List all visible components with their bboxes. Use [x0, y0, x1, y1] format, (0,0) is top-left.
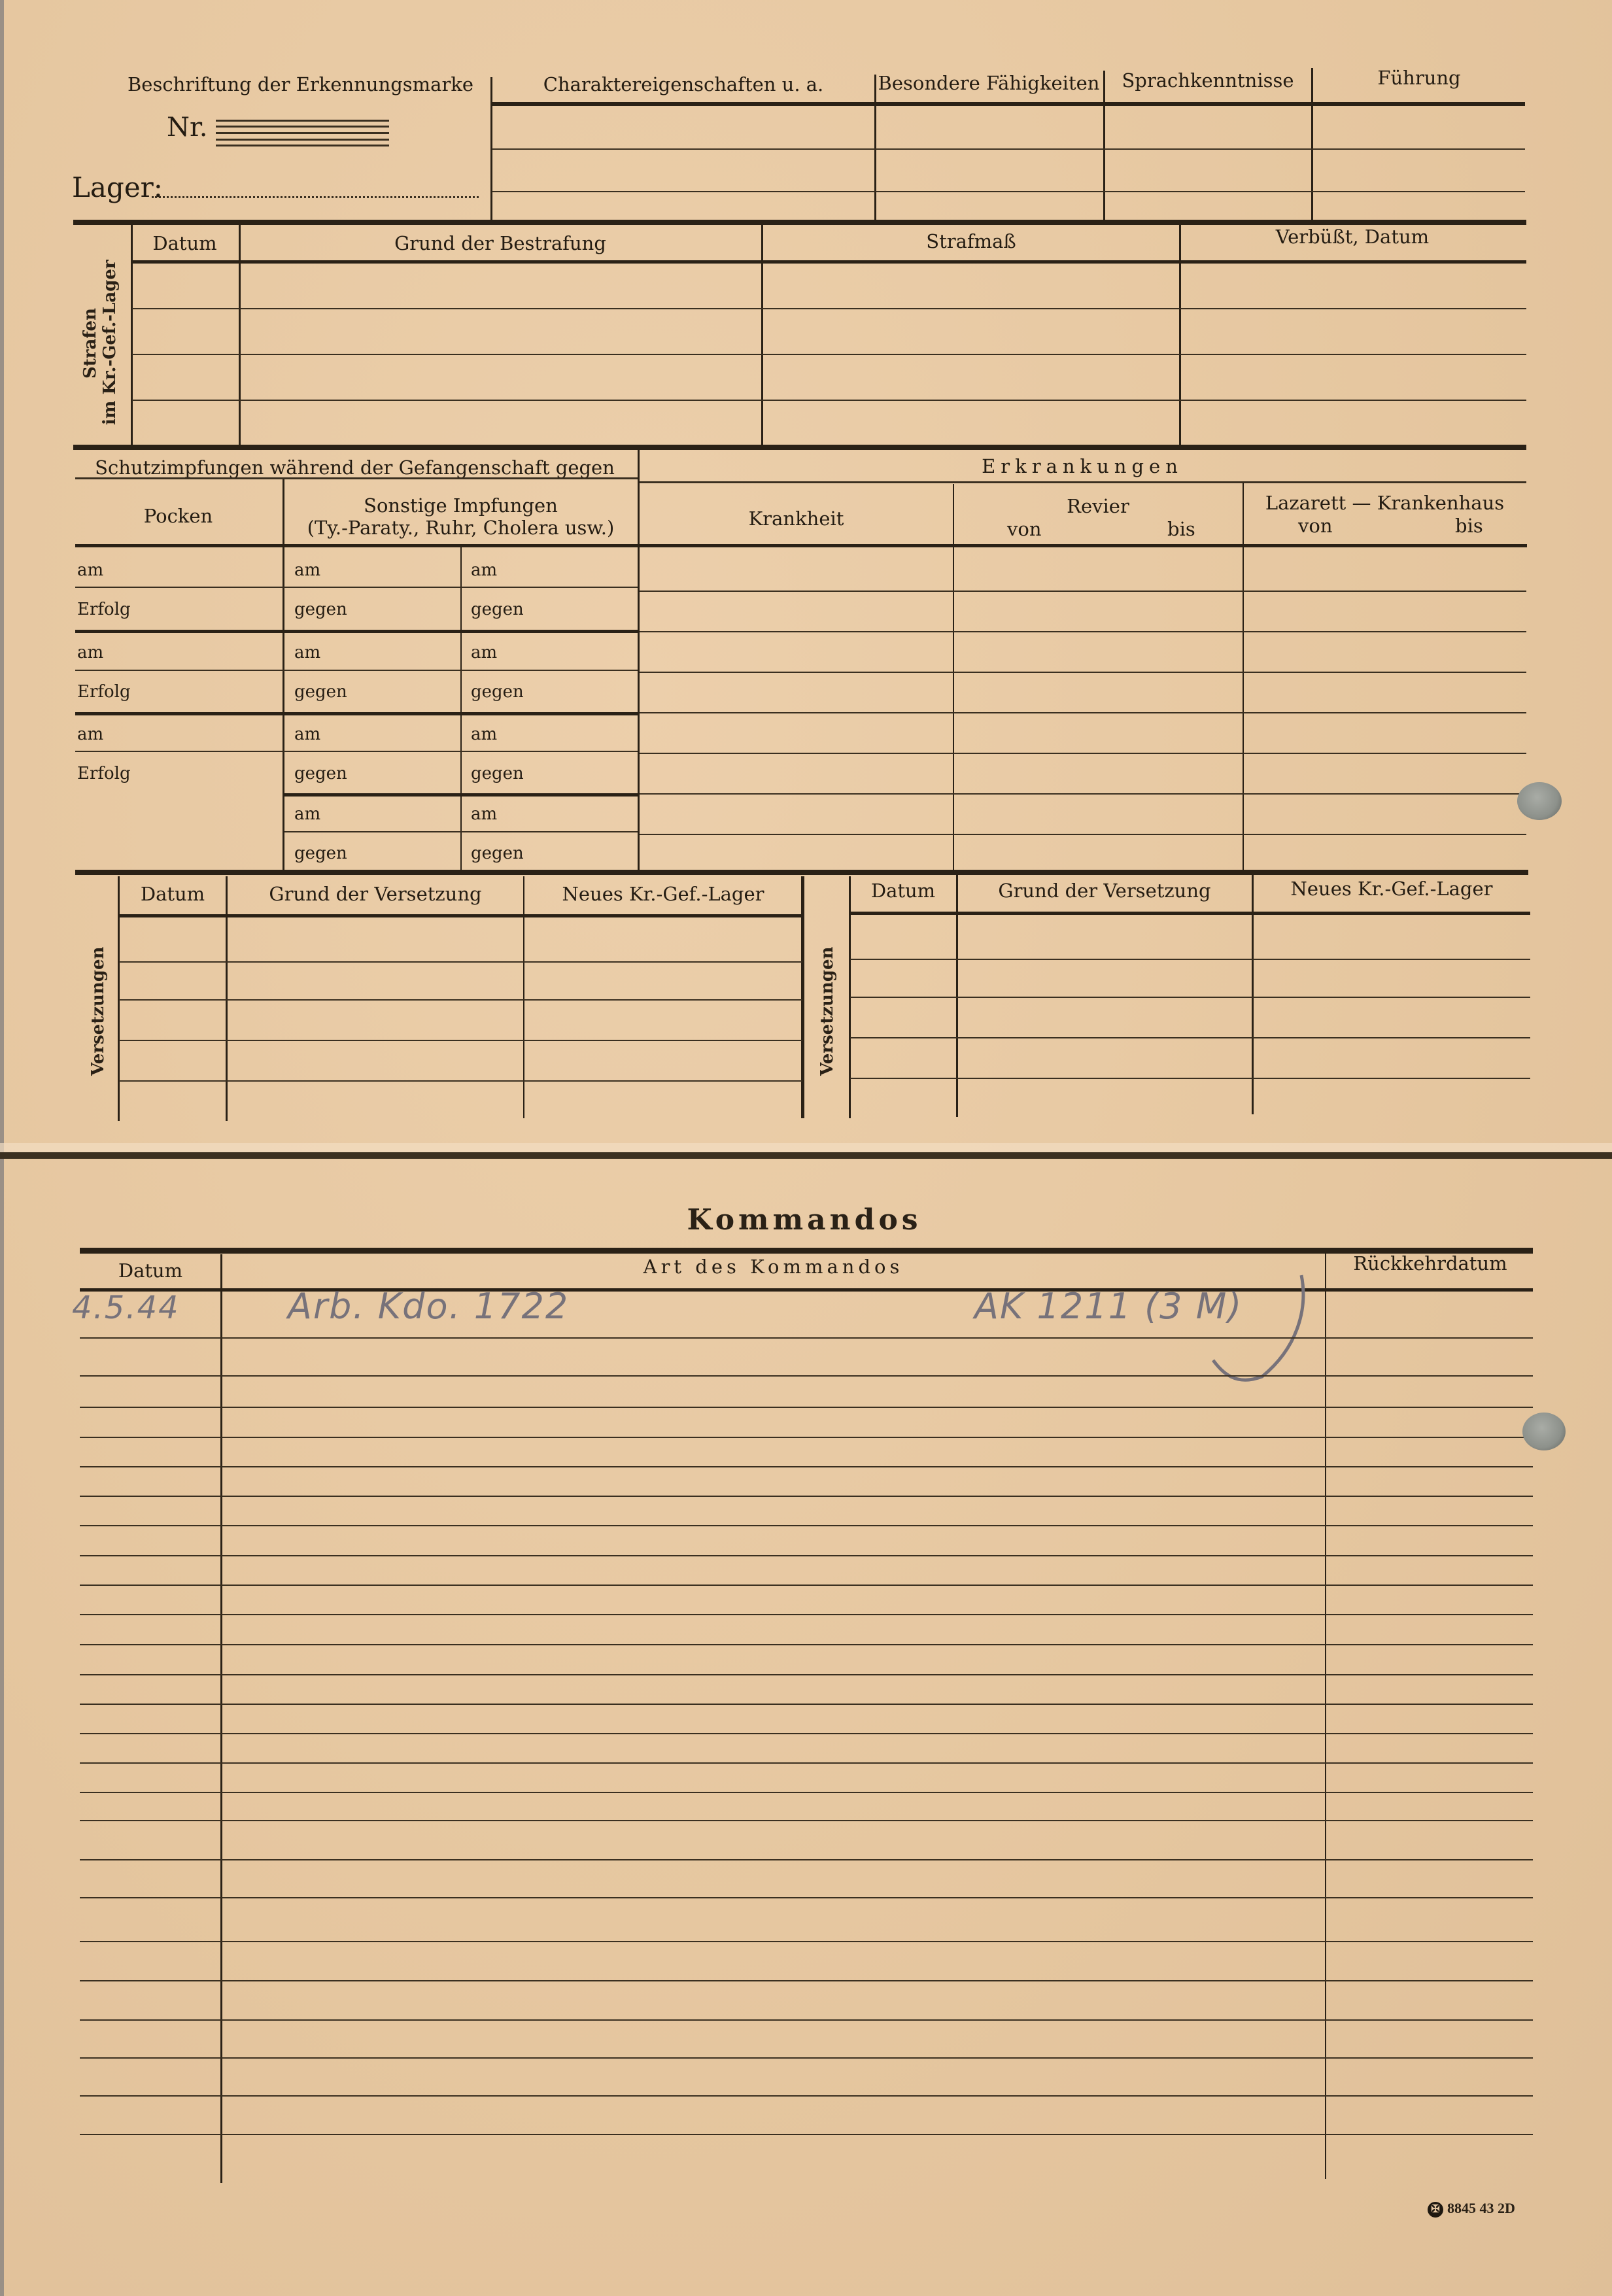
header-charaktereigenschaften: Charaktereigenschaften u. a.: [497, 73, 870, 95]
sonstige-gegen-4b: gegen: [471, 844, 524, 863]
strafen-side-label: Strafen im Kr.-Gef.-Lager: [80, 262, 120, 425]
pocken-erfolg-1: Erfolg: [77, 600, 131, 619]
rule: [73, 445, 1526, 450]
sonstige-am-4b: am: [471, 804, 497, 824]
divider: [1243, 483, 1244, 870]
erkennungsmarke-heading: Beschriftung der Erkennungsmarke: [128, 73, 428, 95]
sonstige-am-1b: am: [471, 560, 497, 580]
rule: [850, 1037, 1530, 1038]
versetzung-grund-header-right: Grund der Versetzung: [959, 880, 1250, 902]
rule: [850, 997, 1530, 998]
header-fuehrung: Führung: [1314, 67, 1524, 89]
fold-line: [0, 1152, 1612, 1159]
rule: [119, 1040, 802, 1041]
rule: [75, 751, 638, 752]
rule: [850, 912, 1530, 915]
rule: [119, 999, 802, 1001]
revier-header: Revier: [955, 495, 1241, 517]
rule: [75, 670, 638, 671]
nr-label: Nr.: [167, 112, 207, 143]
pencil-bracket-mark: [1158, 1269, 1314, 1386]
sonstige-gegen-3b: gegen: [471, 764, 524, 783]
rule: [492, 191, 1525, 192]
rule: [132, 400, 1526, 401]
fold-highlight: [0, 1143, 1612, 1152]
rule: [640, 631, 1526, 632]
versetzungen-side-label-right: Versetzungen: [817, 958, 837, 1076]
divider: [220, 1254, 222, 2183]
rule: [640, 793, 1526, 795]
pocken-am-2: am: [77, 643, 103, 662]
versetzung-datum-header-right: Datum: [851, 880, 955, 902]
sonstige-am-3a: am: [294, 725, 320, 744]
divider: [239, 225, 241, 446]
rule: [75, 587, 638, 588]
divider: [761, 225, 763, 446]
pocken-am-3: am: [77, 725, 103, 744]
sonstige-am-1a: am: [294, 560, 320, 580]
rule: [640, 834, 1526, 835]
kommando-rueckkehr-header: Rückkehrdatum: [1329, 1252, 1532, 1275]
rule: [80, 1248, 1533, 1254]
divider: [131, 225, 133, 446]
sonstige-header-line2: (Ty.-Paraty., Ruhr, Cholera usw.): [286, 517, 636, 539]
versetzungen-side-label-left: Versetzungen: [88, 958, 108, 1076]
header-sprachkenntnisse: Sprachkenntnisse: [1106, 69, 1309, 92]
sonstige-am-2a: am: [294, 643, 320, 662]
sonstige-am-4a: am: [294, 804, 320, 824]
divider: [1311, 68, 1313, 220]
sonstige-am-2b: am: [471, 643, 497, 662]
lager-field[interactable]: [152, 196, 479, 198]
sonstige-gegen-4a: gegen: [294, 844, 347, 863]
rule: [132, 354, 1526, 355]
sonstige-gegen-2b: gegen: [471, 682, 524, 702]
kommando-entry-art[interactable]: Arb. Kdo. 1722: [288, 1286, 569, 1327]
pocken-am-1: am: [77, 560, 103, 580]
pocken-header: Pocken: [75, 505, 281, 527]
sonstige-header-line1: Sonstige Impfungen: [286, 494, 636, 517]
rule: [640, 591, 1526, 592]
divider: [1103, 71, 1105, 220]
sonstige-gegen-1b: gegen: [471, 600, 524, 619]
impfungen-heading: Schutzimpfungen während der Gefangenscha…: [75, 456, 634, 479]
divider: [1179, 222, 1181, 446]
punch-hole-top: [1517, 782, 1562, 820]
rule: [132, 260, 1526, 264]
rule: [640, 753, 1526, 754]
pocken-erfolg-3: Erfolg: [77, 764, 131, 783]
rule: [284, 831, 638, 832]
divider: [283, 479, 284, 872]
revier-von-label: von: [1007, 518, 1042, 540]
punch-hole-bottom: [1522, 1413, 1566, 1450]
kommando-entry-rueckkehr[interactable]: [1328, 1292, 1530, 1331]
versetzung-grund-header-left: Grund der Versetzung: [229, 883, 522, 905]
rule: [75, 712, 638, 715]
divider: [118, 876, 120, 1121]
divider: [874, 75, 876, 220]
sonstige-gegen-1a: gegen: [294, 600, 347, 619]
divider: [523, 876, 524, 1118]
print-code-text: 8845 43 2D: [1447, 2200, 1515, 2216]
sonstige-gegen-3a: gegen: [294, 764, 347, 783]
rule: [119, 1080, 802, 1082]
kommando-art-header: Art des Kommandos: [226, 1256, 1321, 1278]
kommando-datum-header: Datum: [82, 1259, 219, 1282]
versetzung-datum-header-left: Datum: [121, 883, 224, 905]
lazarett-header: Lazarett — Krankenhaus: [1246, 492, 1524, 514]
rule: [850, 1078, 1530, 1079]
print-code: ✠8845 43 2D: [1428, 2200, 1515, 2218]
divider: [638, 450, 640, 872]
header-faehigkeiten: Besondere Fähigkeiten: [878, 72, 1100, 94]
nr-field[interactable]: [216, 120, 389, 147]
kommandos-title: Kommandos: [654, 1203, 955, 1237]
rule: [284, 793, 638, 797]
versetzung-lager-header-right: Neues Kr.-Gef.-Lager: [1254, 878, 1529, 900]
rule: [640, 672, 1526, 673]
strafen-grund-header: Grund der Bestrafung: [242, 232, 759, 254]
kommando-entry-datum[interactable]: 4.5.44: [72, 1290, 180, 1326]
lager-label: Lager:: [72, 171, 163, 203]
divider: [226, 876, 228, 1121]
rule: [492, 148, 1525, 150]
divider: [956, 874, 958, 1117]
rule: [640, 712, 1526, 713]
strafen-strafmass-header: Strafmaß: [765, 230, 1177, 252]
revier-bis-label: bis: [1167, 518, 1195, 540]
divider: [460, 547, 462, 872]
erkrankungen-heading: Erkrankungen: [641, 455, 1524, 477]
sonstige-gegen-2a: gegen: [294, 682, 347, 702]
divider: [1325, 1250, 1326, 2179]
rule: [75, 630, 638, 633]
divider: [802, 876, 804, 1118]
rule: [640, 481, 1526, 483]
pocken-erfolg-2: Erfolg: [77, 682, 131, 702]
rule: [850, 959, 1530, 960]
rule: [73, 220, 1526, 225]
lazarett-bis-label: bis: [1455, 515, 1483, 537]
lazarett-von-label: von: [1298, 515, 1333, 537]
strafen-verbuesst-header: Verbüßt, Datum: [1182, 226, 1522, 248]
versetzung-lager-header-left: Neues Kr.-Gef.-Lager: [526, 883, 800, 905]
rule: [75, 477, 638, 479]
divider: [953, 484, 954, 871]
printer-mark-icon: ✠: [1428, 2202, 1443, 2218]
rule: [75, 544, 1527, 547]
rule: [75, 870, 1528, 875]
rule: [492, 102, 1525, 106]
krankheit-header: Krankheit: [641, 507, 952, 530]
rule: [119, 961, 802, 963]
rule: [119, 914, 802, 917]
strafen-datum-header: Datum: [134, 232, 235, 254]
sonstige-am-3b: am: [471, 725, 497, 744]
rule: [132, 308, 1526, 309]
